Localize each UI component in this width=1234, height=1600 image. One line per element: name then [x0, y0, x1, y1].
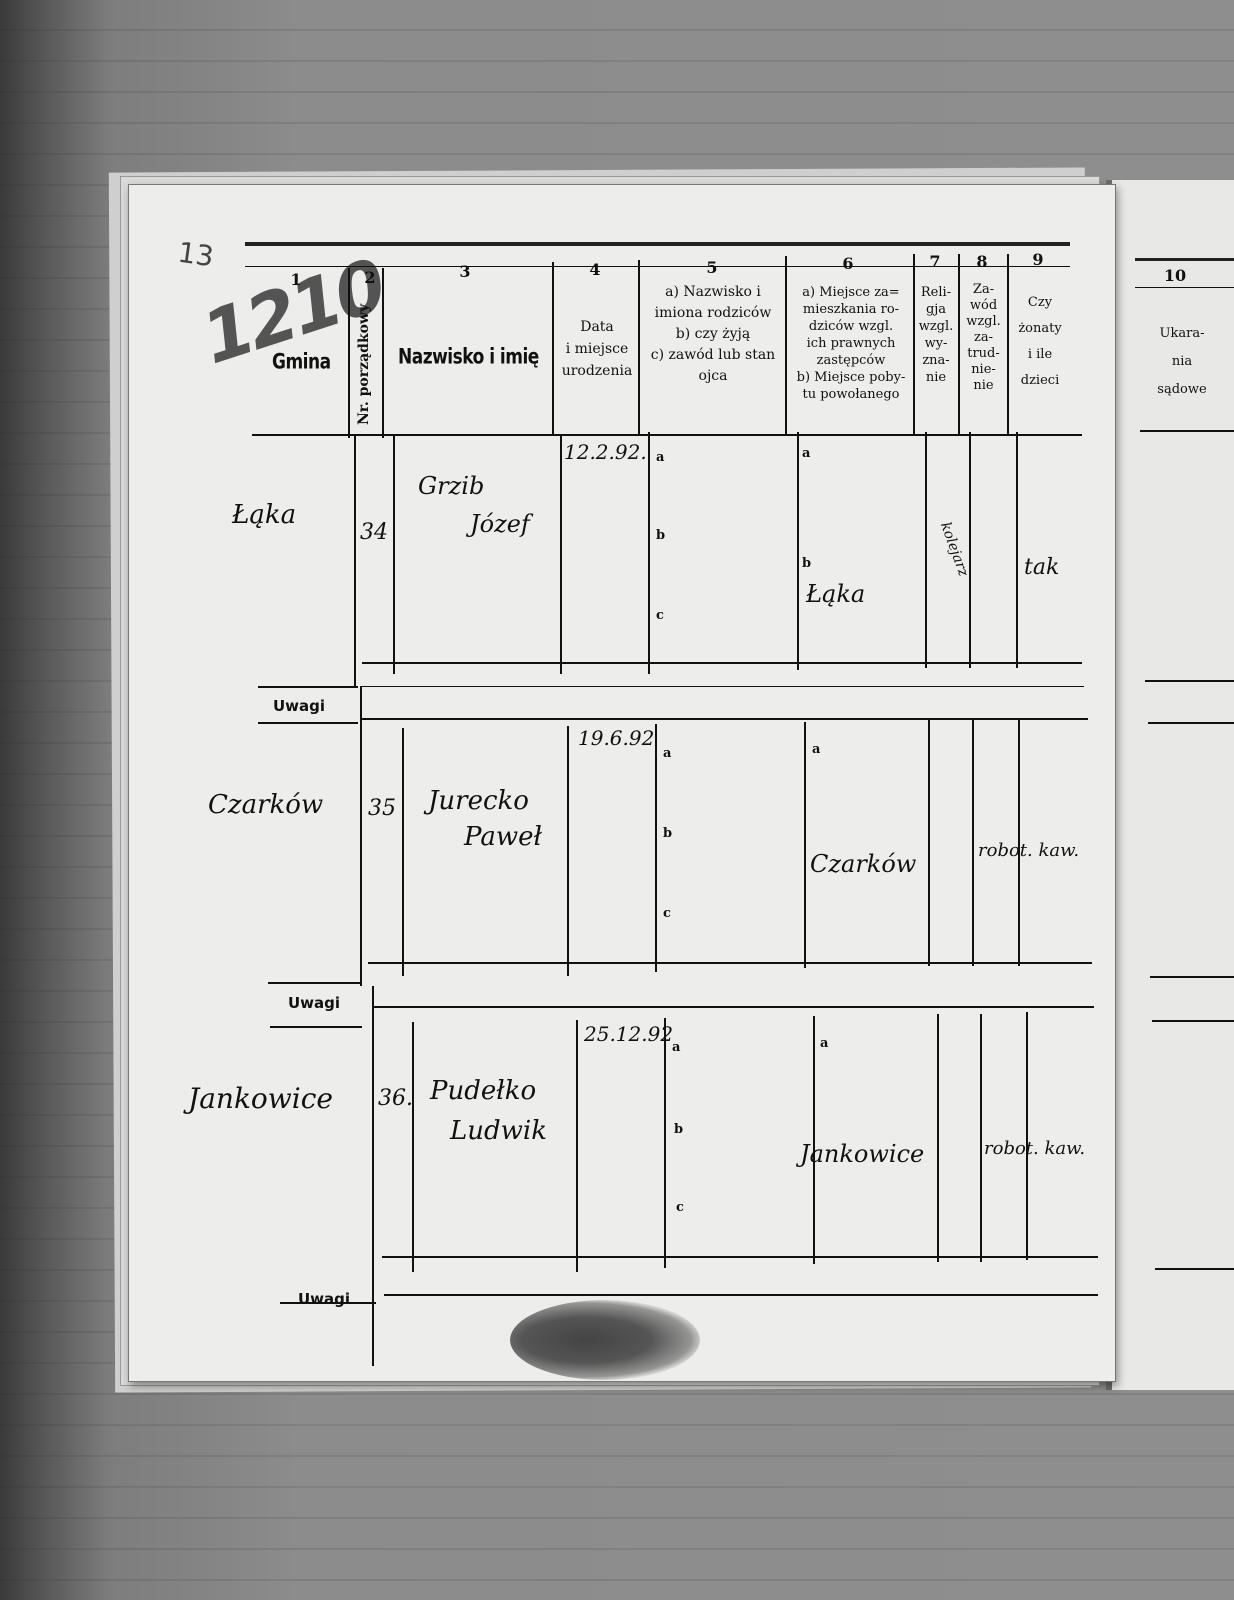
record-2-gmina: Czarków: [208, 790, 323, 820]
row-bottom-rule: [382, 1256, 1098, 1258]
record-1-residence: Łąka: [806, 580, 865, 608]
header-col5: a) Nazwisko i imiona rodziców b) czy żyj…: [640, 282, 786, 387]
col10-rule: [1150, 976, 1234, 978]
col-divider: [382, 268, 384, 438]
remarks-label: Uwagi: [298, 1290, 350, 1308]
col10-rule: [1152, 1020, 1234, 1022]
col-number-10: 10: [1160, 266, 1190, 285]
col-number-4: 4: [585, 260, 605, 279]
row-divider: [797, 432, 799, 670]
row-divider: [925, 432, 927, 668]
row-divider: [664, 1018, 666, 1268]
row-divider: [372, 986, 374, 1366]
col10-bottom-rule: [1140, 430, 1234, 432]
record-1-gmina: Łąka: [232, 500, 296, 530]
col-number-9: 9: [1028, 250, 1048, 269]
sub-label-c: c: [656, 608, 664, 623]
sub-label-b: b: [656, 528, 665, 543]
record-3-surname: Pudełko: [430, 1076, 536, 1106]
col10-number-rule: [1135, 287, 1234, 288]
col10-rule: [1148, 722, 1234, 724]
record-1-birth-date: 12.2.92.: [564, 440, 647, 464]
header-number-rule: [245, 266, 1070, 267]
sub-label-b: b: [674, 1122, 683, 1137]
header-col9: Czy żonaty i ile dzieci: [1009, 290, 1071, 394]
record-2-birth-date: 19.6.92: [578, 726, 654, 750]
record-1-surname: Grzib: [418, 472, 484, 500]
record-2-occupation: robot. kaw.: [978, 840, 1079, 861]
row-divider: [576, 1020, 578, 1272]
record-1-first-name: Józef: [470, 510, 530, 538]
record-3-birth-date: 25.12.92: [584, 1022, 673, 1046]
sub-label-c: c: [676, 1200, 684, 1215]
row-divider: [937, 1014, 939, 1262]
col-number-6: 6: [838, 254, 858, 273]
record-3-residence: Jankowice: [800, 1140, 924, 1168]
row-divider: [980, 1014, 982, 1262]
row-divider: [804, 722, 806, 968]
sub-label-a: a: [672, 1040, 680, 1055]
uwagi-rule: [362, 686, 1084, 687]
record-1-nr: 34: [360, 520, 388, 545]
ink-smudge: [510, 1300, 700, 1380]
row-divider: [648, 432, 650, 674]
remarks-label: Uwagi: [288, 994, 340, 1012]
record-2-nr: 35: [368, 796, 396, 821]
record-1-married: tak: [1024, 555, 1059, 580]
row-divider: [1016, 432, 1018, 668]
header-top-rule: [245, 242, 1070, 246]
remarks-label: Uwagi: [273, 697, 325, 715]
row-divider: [393, 436, 395, 674]
uwagi-rule: [384, 1294, 1098, 1296]
record-2-first-name: Paweł: [464, 822, 542, 852]
page-number: 13: [176, 236, 216, 274]
row-bottom-rule: [368, 962, 1092, 964]
record-3-occupation: robot. kaw.: [984, 1138, 1085, 1159]
uwagi-bottom-rule: [258, 722, 358, 724]
row-divider: [560, 434, 562, 674]
sub-label-a: a: [820, 1036, 828, 1051]
col-divider: [348, 268, 350, 438]
sub-label-a: a: [812, 742, 820, 757]
col-number-7: 7: [925, 252, 945, 271]
col-number-1: 1: [286, 270, 306, 289]
row-divider: [928, 720, 930, 966]
header-nr-porzadkowy: Nr. porządkowy: [356, 304, 372, 425]
col-number-3: 3: [455, 262, 475, 281]
sub-label-c: c: [663, 906, 671, 921]
header-nazwisko-imie: Nazwisko i imię: [398, 345, 539, 370]
col10-rule: [1145, 680, 1234, 682]
row-divider: [402, 728, 404, 976]
uwagi-bottom-rule: [372, 1006, 1094, 1008]
col-number-2: 2: [360, 268, 380, 287]
header-gmina: Gmina: [272, 350, 331, 375]
row-divider: [1026, 1012, 1028, 1260]
row-divider: [972, 720, 974, 966]
sub-label-a: a: [656, 450, 664, 465]
col-divider: [552, 262, 554, 436]
header-col8: Za- wód wzgl. za- trud- nie- nie: [960, 282, 1007, 394]
record-3-nr: 36.: [378, 1086, 413, 1111]
record-3-first-name: Ludwik: [450, 1116, 547, 1146]
record-2-surname: Jurecko: [428, 786, 529, 816]
row-divider: [655, 724, 657, 972]
col10-rule: [1155, 1268, 1234, 1270]
header-col7: Reli- gja wzgl. wy- zna- nie: [914, 284, 958, 386]
header-bottom-rule: [252, 434, 1082, 436]
row-divider: [412, 1022, 414, 1272]
header-col6: a) Miejsce za= mieszkania ro- dziców wzg…: [787, 284, 915, 403]
col10-top-rule: [1135, 258, 1234, 261]
header-col4: Data i miejsce urodzenia: [556, 318, 638, 381]
row-divider: [360, 686, 362, 986]
uwagi-rule: [268, 982, 362, 984]
sub-label-b: b: [802, 556, 811, 571]
row-divider: [567, 726, 569, 976]
record-2-residence: Czarków: [810, 850, 916, 878]
uwagi-bottom-rule: [270, 1026, 362, 1028]
record-3-gmina: Jankowice: [188, 1082, 333, 1115]
col-number-8: 8: [972, 252, 992, 271]
row-divider: [354, 436, 356, 686]
sub-label-b: b: [663, 826, 672, 841]
row-divider: [969, 432, 971, 668]
row-bottom-rule: [362, 662, 1082, 664]
header-col10: Ukara- nia sądowe: [1140, 320, 1224, 404]
uwagi-rule: [258, 686, 358, 688]
col-number-5: 5: [702, 258, 722, 277]
uwagi-bottom-rule: [362, 718, 1088, 720]
sub-label-a: a: [802, 446, 810, 461]
sub-label-a: a: [663, 746, 671, 761]
